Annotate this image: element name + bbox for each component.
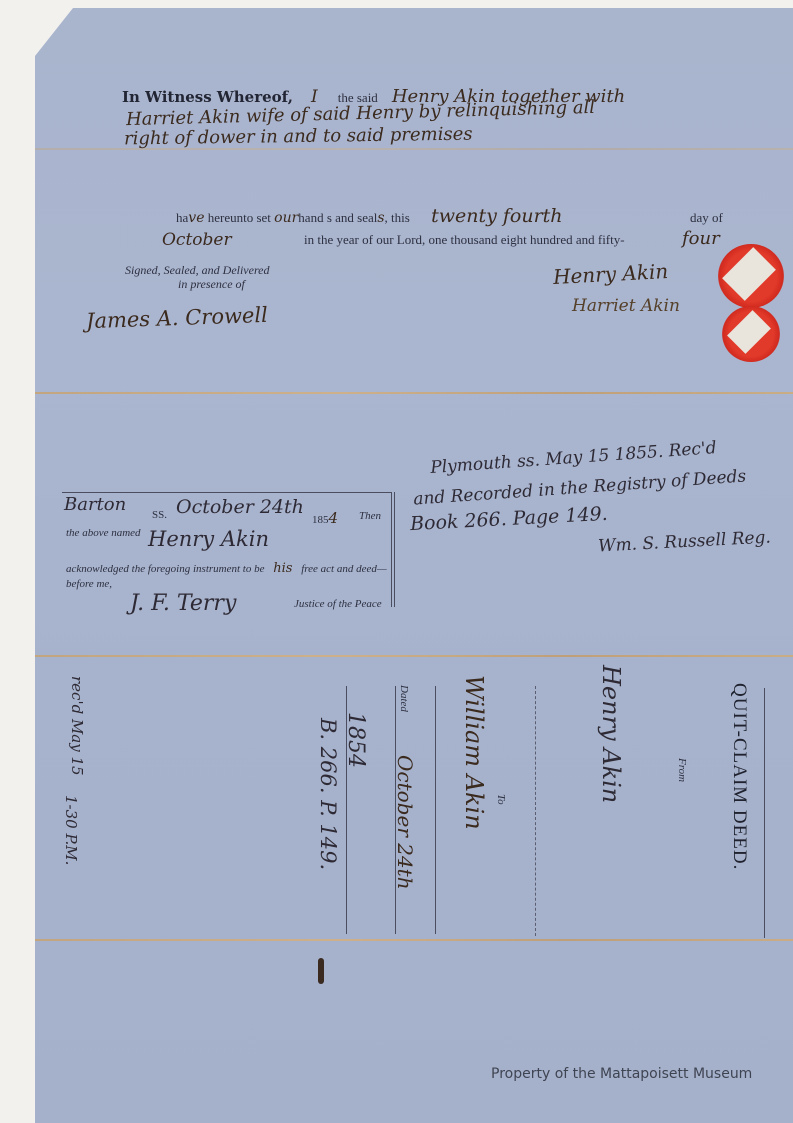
ack-side-rule [394, 492, 395, 607]
justice-title: Justice of the Peace [294, 598, 382, 610]
ack-side-rule [391, 492, 392, 607]
handwritten-s: s [377, 210, 384, 226]
ack-year-prefix: 185 [312, 514, 329, 526]
ack-county: Barton [64, 494, 126, 515]
ack-date: October 24th [176, 496, 304, 518]
ack-then: Then [359, 510, 381, 522]
ink-stain [318, 958, 324, 984]
ack-text-1: acknowledged the foregoing instrument to… [66, 563, 264, 575]
witness-intro: In Witness Whereof, [122, 88, 293, 106]
ack-text-2: free act and deed— [301, 563, 386, 575]
printed-year-text: in the year of our Lord, one thousand ei… [304, 232, 625, 248]
handwritten-day: twenty fourth [431, 205, 562, 227]
handwritten-our: our [274, 210, 298, 226]
docket-from-label: From [676, 758, 688, 782]
ack-year-suffix: 4 [329, 509, 339, 527]
handwritten-ve: ve [188, 210, 204, 226]
handwritten-year: four [682, 228, 720, 249]
ack-before-me: before me, [66, 578, 112, 590]
docket-to-label: To [495, 794, 507, 805]
docket-book-page: B. 266. P. 149. [316, 718, 340, 870]
ack-text: acknowledged the foregoing instrument to… [66, 561, 387, 576]
ack-ss: SS. [152, 509, 167, 521]
printed-hand-seal: hand s and seal [298, 210, 377, 225]
printed-this: , this [385, 210, 410, 225]
in-presence-label: in presence of [178, 277, 245, 292]
docket-margin-note-2: 1-30 P.M. [62, 795, 80, 865]
docket-wavy-rule [535, 686, 538, 936]
folded-corner [35, 8, 73, 56]
signed-sealed-label: Signed, Sealed, and Delivered [125, 263, 270, 278]
ack-top-rule [62, 492, 392, 493]
docket-rule [435, 686, 436, 934]
docket-dated-label: Dated [398, 685, 410, 712]
printed-hereunto: hereunto set [208, 210, 271, 225]
fold-line [35, 939, 793, 941]
ack-name: Henry Akin [148, 527, 269, 551]
fold-line [35, 655, 793, 657]
grantor-signature-harriet: Harriet Akin [572, 296, 680, 316]
docket-margin-note-1: rec'd May 15 [68, 676, 86, 776]
printed-ha: ha [176, 210, 188, 225]
execution-line-1: have hereunto set ourhand s and seals, t… [176, 205, 563, 227]
ack-his: his [273, 561, 292, 576]
docket-year: 1854 [343, 712, 368, 768]
museum-watermark: Property of the Mattapoisett Museum [491, 1066, 752, 1082]
handwritten-month: October [162, 230, 232, 250]
ack-above-named: the above named [66, 527, 141, 539]
ack-year: 1854 [312, 509, 338, 527]
docket-rule [764, 688, 765, 938]
docket-dated-value: October 24th [393, 755, 417, 890]
justice-signature: J. F. Terry [130, 591, 236, 616]
docket-to-name: William Akin [460, 675, 488, 830]
docket-from-name: Henry Akin [597, 665, 625, 803]
printed-day-of: day of [690, 210, 723, 226]
docket-title: QUIT-CLAIM DEED. [728, 683, 750, 870]
fold-line [35, 392, 793, 394]
